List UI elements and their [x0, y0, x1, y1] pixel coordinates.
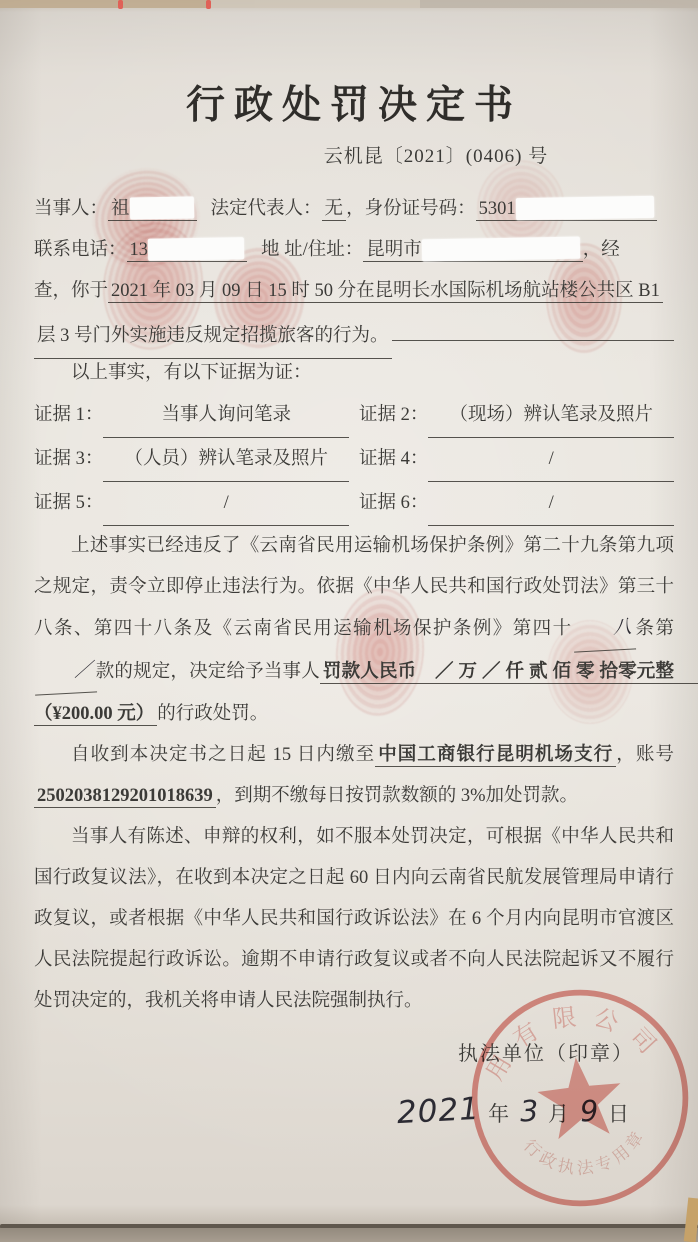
photo-top-edge	[0, 0, 698, 8]
evidence-item: 证据 6： /	[359, 483, 674, 526]
contact-line: 联系电话：13地 址/住址：昆明市，经	[34, 230, 674, 271]
party-name-field: 祖	[108, 199, 197, 221]
evidence-value: （现场）辨认笔录及照片	[428, 395, 674, 438]
address-field: 昆明市	[363, 240, 583, 262]
evidence-row: 证据 5： / 证据 6： /	[34, 483, 674, 526]
document-title: 行政处罚决定书	[34, 80, 674, 132]
comma: ，	[346, 199, 365, 219]
phone-visible: 13	[130, 240, 149, 260]
bank-name-field: 中国工商银行昆明机场支行	[375, 745, 616, 767]
evidence-value: （人员）辨认笔录及照片	[103, 439, 349, 482]
red-speck	[206, 0, 211, 9]
legal-rep-field: 无	[322, 199, 347, 221]
phone-label: 联系电话：	[34, 240, 127, 260]
handwritten-clause-slash: ／	[33, 649, 97, 695]
evidence-label: 证据 6：	[359, 483, 428, 524]
phone-field: 13	[127, 240, 248, 262]
evidence-value: /	[103, 483, 349, 526]
redaction-box	[422, 237, 580, 262]
seal-bottom-text: 行政执法专用章	[519, 1123, 654, 1184]
id-field: 5301	[476, 199, 657, 221]
evidence-label: 证据 5：	[34, 483, 103, 524]
star-icon	[534, 1053, 625, 1141]
payment-paragraph: 自收到本决定书之日起 15 日内缴至中国工商银行昆明机场支行，账号2502038…	[34, 735, 674, 817]
evidence-intro: 以上事实，有以下证据为证：	[34, 353, 674, 394]
redaction-box	[515, 196, 653, 220]
svg-text:行政执法专用章: 行政执法专用章	[519, 1123, 654, 1184]
facts-prefix: 查，你于	[34, 281, 108, 301]
evidence-item: 证据 2： （现场）辨认笔录及照片	[359, 395, 674, 438]
legal-rep-label: 法定代表人：	[211, 199, 322, 219]
redaction-box	[148, 237, 244, 261]
blank-underline	[392, 312, 674, 341]
evidence-item: 证据 1： 当事人询问笔录	[34, 395, 349, 438]
address-tail: ，经	[583, 240, 620, 260]
id-label: 身份证号码：	[365, 199, 476, 219]
evidence-value: 当事人询问笔录	[103, 395, 349, 438]
evidence-label: 证据 2：	[359, 395, 428, 436]
red-speck	[118, 0, 123, 9]
account-number-field: 2502038129201018639	[34, 786, 216, 808]
address-label: 地 址/住址：	[261, 240, 363, 260]
evidence-item: 证据 3： （人员）辨认笔录及照片	[34, 439, 349, 482]
photo-bottom-edge	[0, 1228, 698, 1242]
id-visible: 5301	[479, 199, 516, 219]
redaction-box	[129, 196, 193, 219]
document-photo: 行政处罚决定书 云机昆〔2021〕(0406) 号 当事人：祖法定代表人：无，身…	[0, 0, 698, 1242]
penalty-text-3: 款的规定，决定给予当事人	[96, 662, 320, 682]
penalty-text-4: 的行政处罚。	[157, 704, 268, 724]
facts-line-1: 查，你于2021 年 03 月 09 日 15 时 50 分在昆明长水国际机场航…	[34, 271, 674, 312]
evidence-row: 证据 1： 当事人询问笔录 证据 2： （现场）辨认笔录及照片	[34, 395, 674, 438]
payment-text-3: ，到期不缴每日按罚款数额的 3%加处罚款。	[216, 786, 578, 806]
facts-filled: 2021 年 03 月 09 日 15 时 50 分在昆明长水国际机场航站楼公共…	[108, 281, 663, 303]
evidence-value: /	[428, 439, 674, 482]
evidence-item: 证据 5： /	[34, 483, 349, 526]
address-visible: 昆明市	[366, 240, 422, 260]
official-seal-stamp: 用有限公司 行政执法专用章	[448, 966, 698, 1230]
facts-line-2: 层 3 号门外实施违反规定招揽旅客的行为。	[34, 312, 674, 353]
evidence-label: 证据 1：	[34, 395, 103, 436]
party-name-visible: 祖	[111, 199, 130, 219]
evidence-value: /	[428, 483, 674, 526]
evidence-label: 证据 3：	[34, 439, 103, 480]
document-number: 云机昆〔2021〕(0406) 号	[116, 136, 698, 177]
evidence-item: 证据 4： /	[359, 439, 674, 482]
evidence-row: 证据 3： （人员）辨认笔录及照片 证据 4： /	[34, 439, 674, 482]
penalty-paragraph: 上述事实已经违反了《云南省民用运输机场保护条例》第二十九条第九项之规定，责令立即…	[34, 526, 674, 735]
payment-text-1: 自收到本决定书之日起 15 日内缴至	[71, 745, 375, 765]
handwritten-article-number: 八	[571, 606, 635, 652]
evidence-label: 证据 4：	[359, 439, 428, 480]
party-line: 当事人：祖法定代表人：无，身份证号码：5301	[34, 189, 674, 230]
party-label: 当事人：	[34, 199, 108, 219]
payment-text-2: ，账号	[616, 745, 674, 765]
penalty-text-2: 条第	[634, 619, 674, 639]
